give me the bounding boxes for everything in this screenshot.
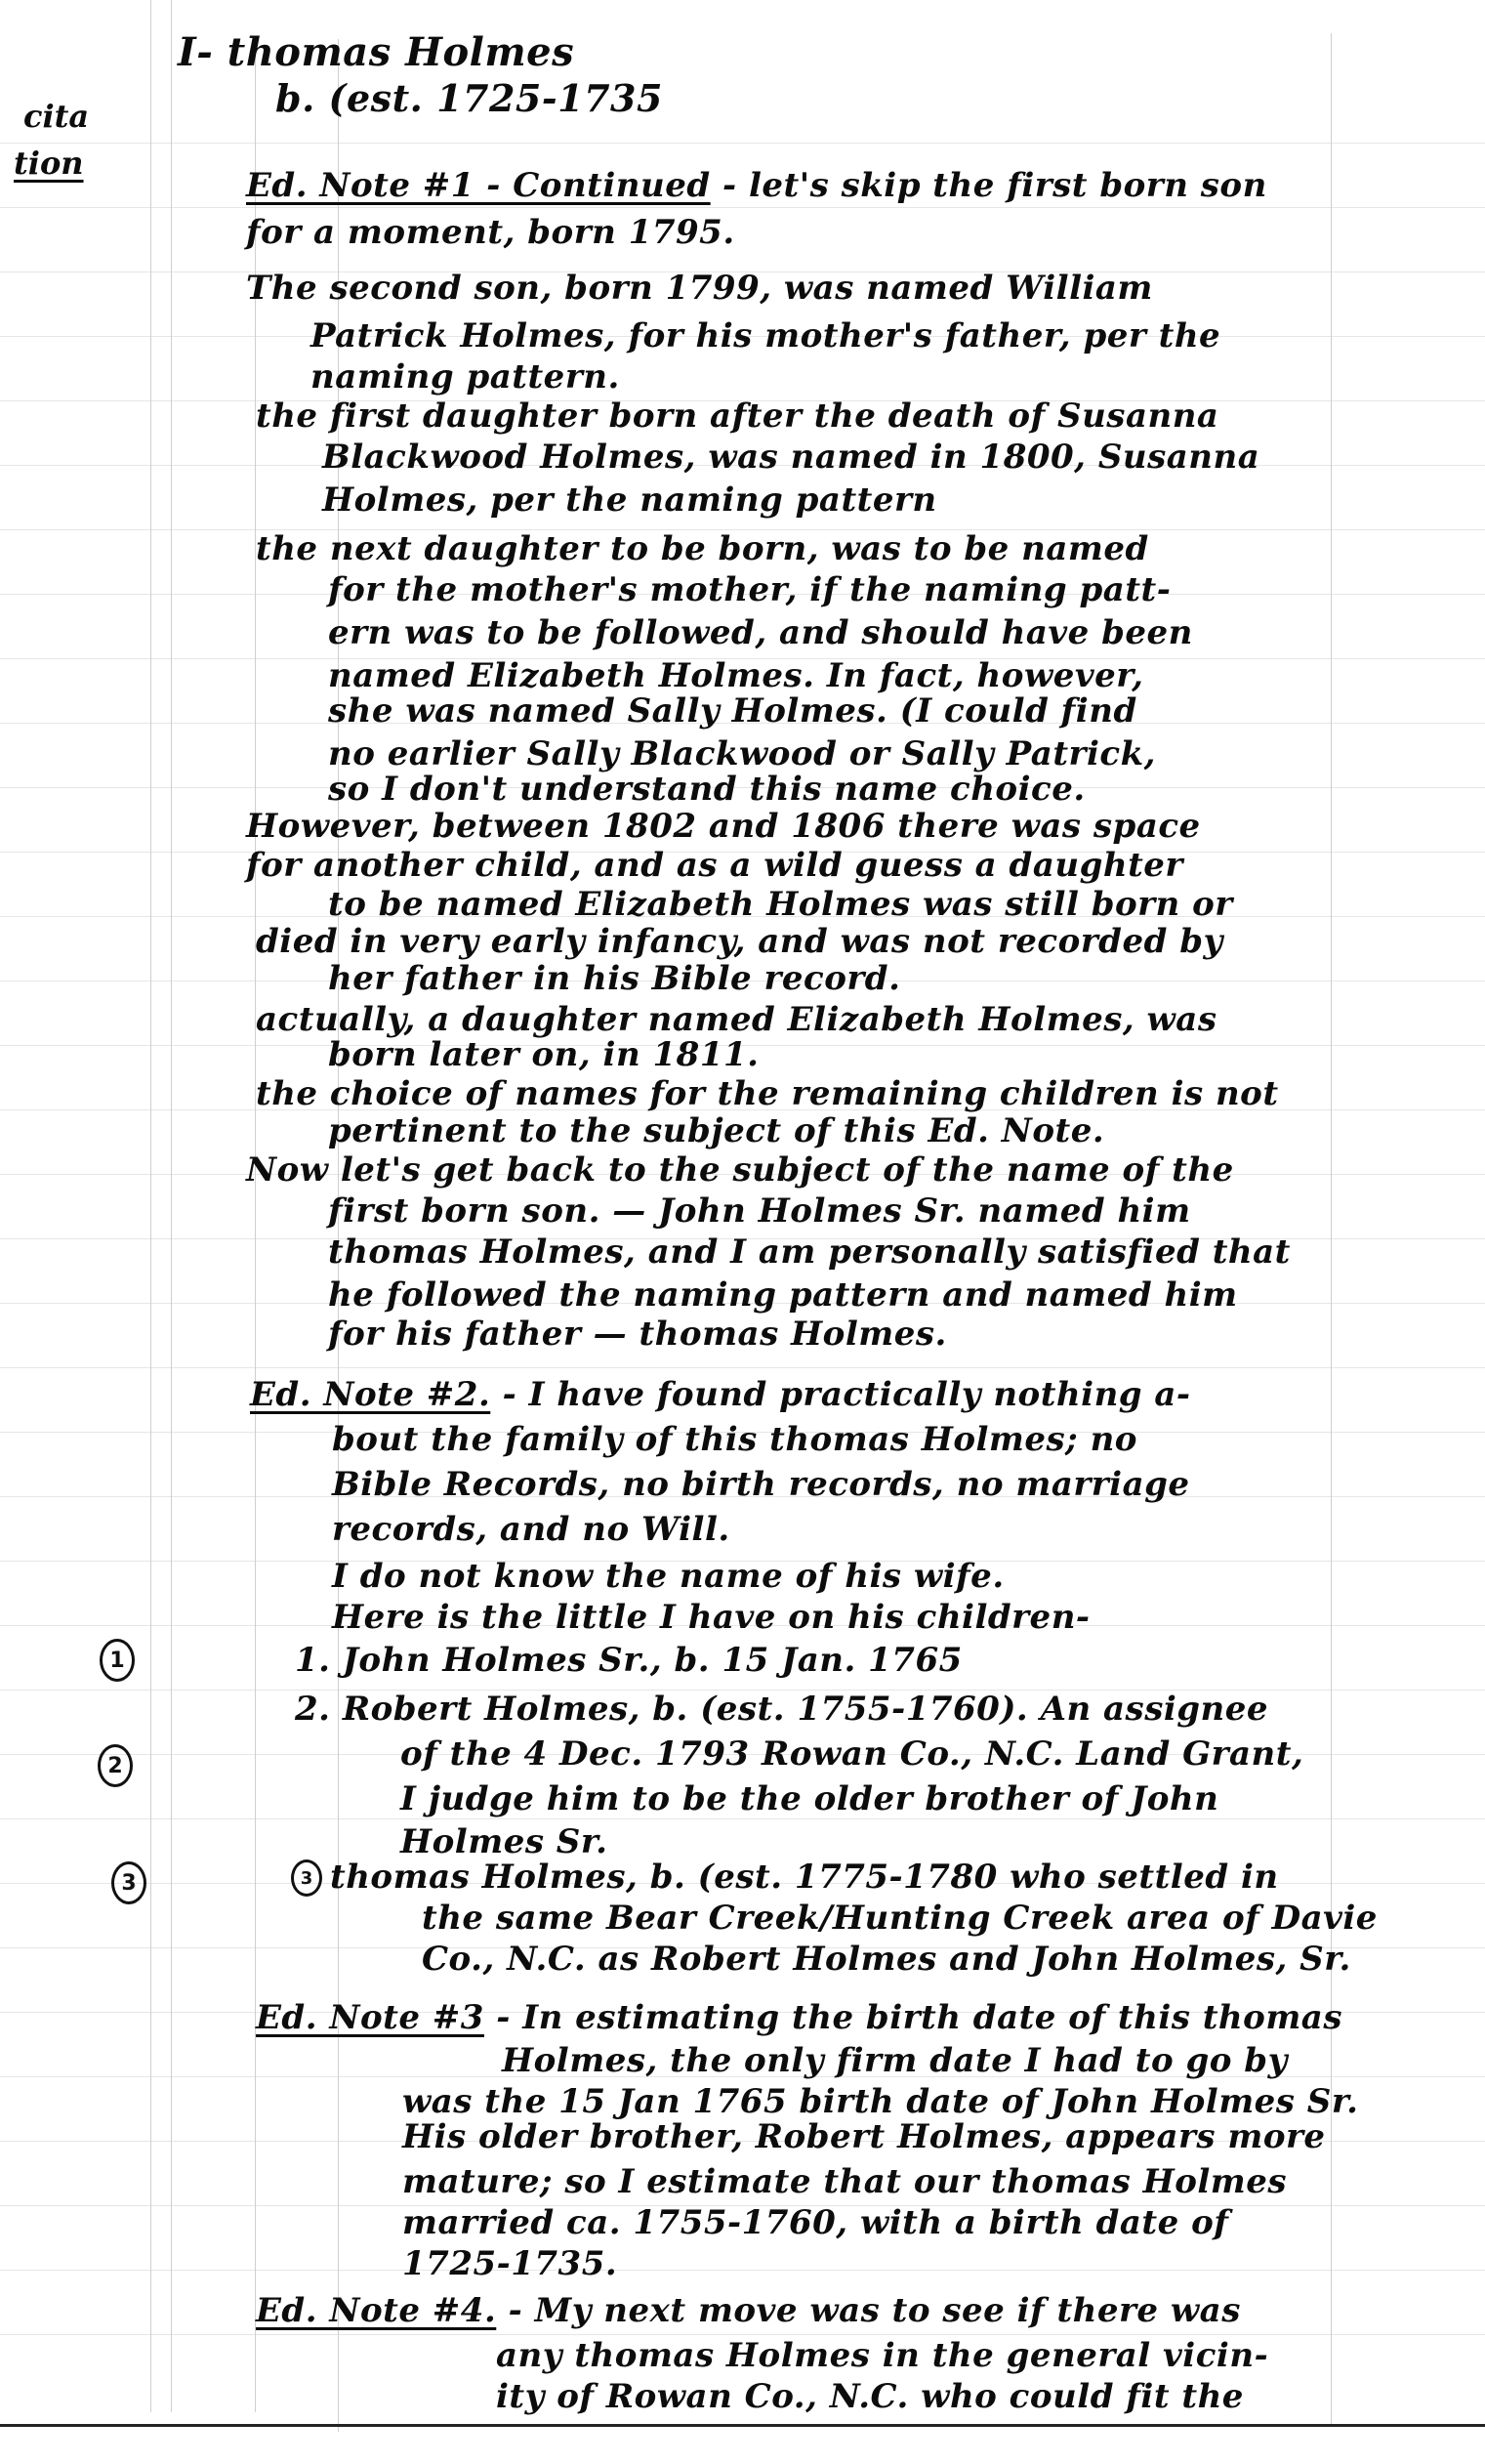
ruled-line (0, 143, 1485, 144)
note-line: was the 15 Jan 1765 birth date of John H… (402, 2082, 1358, 2121)
note-line: the first daughter born after the death … (256, 397, 1218, 436)
ruled-line (0, 1367, 1485, 1368)
child-marker: 3 (291, 1859, 322, 1897)
margin-header-line1: cita (23, 98, 89, 135)
note-line: However, between 1802 and 1806 there was… (246, 807, 1201, 846)
note-line: Ed. Note #4. - My next move was to see i… (256, 2291, 1241, 2330)
ruled-notebook-page: cita tion 1 2 3 I- thomas Holmes b. (est… (0, 0, 1485, 2464)
note-line: actually, a daughter named Elizabeth Hol… (256, 1000, 1217, 1039)
note-line: Holmes, the only firm date I had to go b… (502, 2041, 1288, 2080)
page-bottom-edge (0, 2424, 1485, 2427)
ed-note-3-label: Ed. Note #3 (256, 1998, 484, 2037)
note-text: - In estimating the birth date of this t… (484, 1998, 1342, 2037)
note-line: Holmes Sr. (400, 1822, 608, 1861)
citation-marker: 1 (100, 1639, 135, 1682)
ed-note-1-label: Ed. Note #1 - Continued (246, 166, 711, 205)
margin-rule (171, 0, 172, 2412)
note-line: born later on, in 1811. (328, 1035, 759, 1074)
note-line: died in very early infancy, and was not … (256, 922, 1223, 961)
person-birth-estimate: b. (est. 1725-1735 (275, 76, 663, 120)
child-list-item: thomas Holmes, b. (est. 1775-1780 who se… (330, 1858, 1279, 1897)
ed-note-2-label: Ed. Note #2. (250, 1375, 490, 1414)
ruled-line (0, 2334, 1485, 2335)
note-line: Blackwood Holmes, was named in 1800, Sus… (322, 438, 1259, 477)
citation-marker: 2 (98, 1744, 133, 1787)
note-line: ern was to be followed, and should have … (328, 613, 1193, 652)
note-line: no earlier Sally Blackwood or Sally Patr… (328, 734, 1156, 773)
note-line: Bible Records, no birth records, no marr… (332, 1465, 1190, 1504)
note-line: Now let's get back to the subject of the… (246, 1150, 1234, 1190)
note-line: naming pattern. (310, 357, 620, 397)
note-line: of the 4 Dec. 1793 Rowan Co., N.C. Land … (400, 1734, 1303, 1774)
note-line: so I don't understand this name choice. (328, 770, 1086, 809)
citation-marker: 3 (111, 1861, 146, 1904)
note-line: for his father — thomas Holmes. (328, 1315, 947, 1354)
note-line: I judge him to be the older brother of J… (400, 1779, 1218, 1818)
margin-header-line2: tion (14, 145, 84, 182)
note-line: mature; so I estimate that our thomas Ho… (402, 2162, 1287, 2201)
note-line: pertinent to the subject of this Ed. Not… (328, 1111, 1104, 1150)
note-line: any thomas Holmes in the general vicin- (496, 2336, 1268, 2375)
note-line: Holmes, per the naming pattern (322, 480, 937, 520)
note-line: named Elizabeth Holmes. In fact, however… (328, 656, 1144, 695)
note-line: Ed. Note #2. - I have found practically … (250, 1375, 1191, 1414)
note-line: her father in his Bible record. (328, 959, 900, 998)
ed-note-4-label: Ed. Note #4. (256, 2291, 496, 2330)
note-line: married ca. 1755-1760, with a birth date… (402, 2203, 1228, 2242)
note-line: the next daughter to be born, was to be … (256, 529, 1149, 568)
child-list-item: 1. John Holmes Sr., b. 15 Jan. 1765 (295, 1641, 963, 1680)
note-line: Ed. Note #3 - In estimating the birth da… (256, 1998, 1342, 2037)
ruled-line (0, 2270, 1485, 2271)
margin-rule (255, 39, 256, 2412)
note-line: bout the family of this thomas Holmes; n… (332, 1420, 1137, 1459)
note-line: the choice of names for the remaining ch… (256, 1074, 1279, 1113)
note-line: I do not know the name of his wife. (332, 1557, 1005, 1596)
note-line: Here is the little I have on his childre… (332, 1598, 1091, 1637)
margin-rule (150, 0, 151, 2412)
right-margin-rule (1331, 33, 1332, 2426)
note-line: 1725-1735. (402, 2244, 617, 2283)
note-line: records, and no Will. (332, 1510, 730, 1549)
note-line: he followed the naming pattern and named… (328, 1275, 1238, 1315)
note-text: - let's skip the first born son (711, 166, 1267, 205)
note-line: to be named Elizabeth Holmes was still b… (328, 885, 1233, 924)
note-line: for another child, and as a wild guess a… (246, 846, 1183, 885)
note-text: - My next move was to see if there was (496, 2291, 1241, 2330)
note-line: the same Bear Creek/Hunting Creek area o… (422, 1899, 1378, 1938)
note-text: - I have found practically nothing a- (490, 1375, 1190, 1414)
note-line: for the mother's mother, if the naming p… (328, 570, 1171, 609)
note-line: Patrick Holmes, for his mother's father,… (310, 316, 1220, 355)
note-line: The second son, born 1799, was named Wil… (246, 269, 1153, 308)
note-line: Ed. Note #1 - Continued - let's skip the… (246, 166, 1267, 205)
ruled-line (0, 207, 1485, 208)
note-line: thomas Holmes, and I am personally satis… (328, 1232, 1291, 1272)
note-line: ity of Rowan Co., N.C. who could fit the (496, 2377, 1244, 2416)
note-line: she was named Sally Holmes. (I could fin… (328, 691, 1137, 731)
child-list-item: 2. Robert Holmes, b. (est. 1755-1760). A… (295, 1690, 1268, 1729)
ruled-line (0, 1818, 1485, 1819)
note-line: His older brother, Robert Holmes, appear… (402, 2117, 1326, 2156)
note-line: first born son. — John Holmes Sr. named … (328, 1191, 1191, 1231)
note-line: for a moment, born 1795. (246, 213, 735, 252)
note-line: Co., N.C. as Robert Holmes and John Holm… (422, 1940, 1351, 1979)
person-heading: I- thomas Holmes (178, 29, 574, 75)
